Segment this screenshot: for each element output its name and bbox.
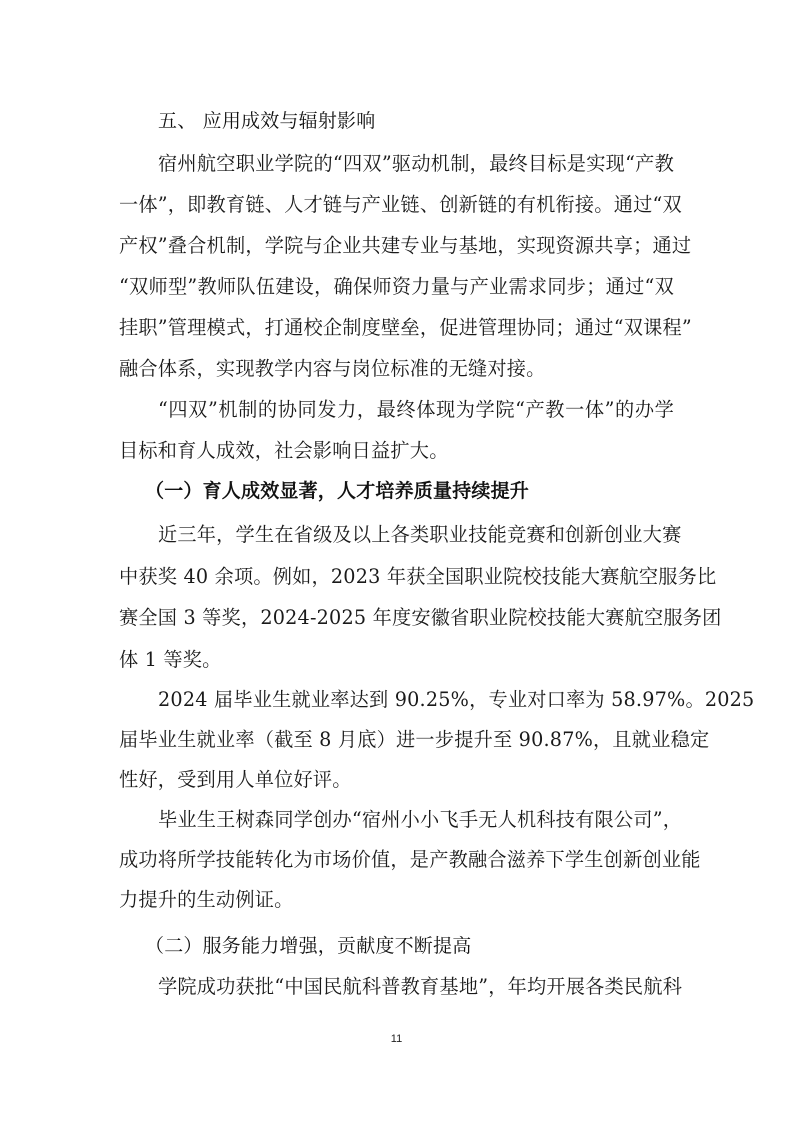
paragraph-line: 学院成功获批“中国民航科普教育基地”，年均开展各类民航科: [119, 966, 674, 1007]
paragraph-line: “双师型”教师队伍建设，确保师资力量与产业需求同步；通过“双: [119, 266, 674, 307]
subsection-heading: （一）育人成效显著，人才培养质量持续提升: [119, 471, 674, 512]
page-number: 11: [0, 1033, 793, 1045]
paragraph-line: 挂职”管理模式，打通校企制度壁垒，促进管理协同；通过“双课程”: [119, 307, 674, 348]
paragraph-line: 近三年，学生在省级及以上各类职业技能竞赛和创新创业大赛: [119, 514, 674, 555]
paragraph-line: 宿州航空职业学院的“四双”驱动机制，最终目标是实现“产教: [119, 143, 674, 184]
paragraph-line: 2024 届毕业生就业率达到 90.25%，专业对口率为 58.97%。2025: [119, 679, 674, 720]
paragraph-line: 产权”叠合机制，学院与企业共建专业与基地，实现资源共享；通过: [119, 225, 674, 266]
paragraph-line: 赛全国 3 等奖，2024-2025 年度安徽省职业院校技能大赛航空服务团: [119, 597, 674, 638]
paragraph-line: 届毕业生就业率（截至 8 月底）进一步提升至 90.87%，且就业稳定: [119, 719, 674, 760]
paragraph-line: “四双”机制的协同发力，最终体现为学院“产教一体”的办学: [119, 389, 674, 430]
paragraph-line: 力提升的生动例证。: [119, 879, 674, 920]
paragraph-line: 成功将所学技能转化为市场价值，是产教融合滋养下学生创新创业能: [119, 839, 674, 880]
paragraph-line: 毕业生王树森同学创办“宿州小小飞手无人机科技有限公司”，: [119, 799, 674, 840]
paragraph-line: 性好，受到用人单位好评。: [119, 759, 674, 800]
paragraph-line: 中获奖 40 余项。例如，2023 年获全国职业院校技能大赛航空服务比: [119, 556, 674, 597]
subsection-heading: （二）服务能力增强，贡献度不断提高: [119, 926, 674, 967]
paragraph-line: 融合体系，实现教学内容与岗位标准的无缝对接。: [119, 348, 674, 389]
section-heading: 五、 应用成效与辐射影响: [119, 101, 674, 142]
paragraph-line: 体 1 等奖。: [119, 639, 674, 680]
paragraph-line: 一体”，即教育链、人才链与产业链、创新链的有机衔接。通过“双: [119, 184, 674, 225]
paragraph-line: 目标和育人成效，社会影响日益扩大。: [119, 430, 674, 471]
